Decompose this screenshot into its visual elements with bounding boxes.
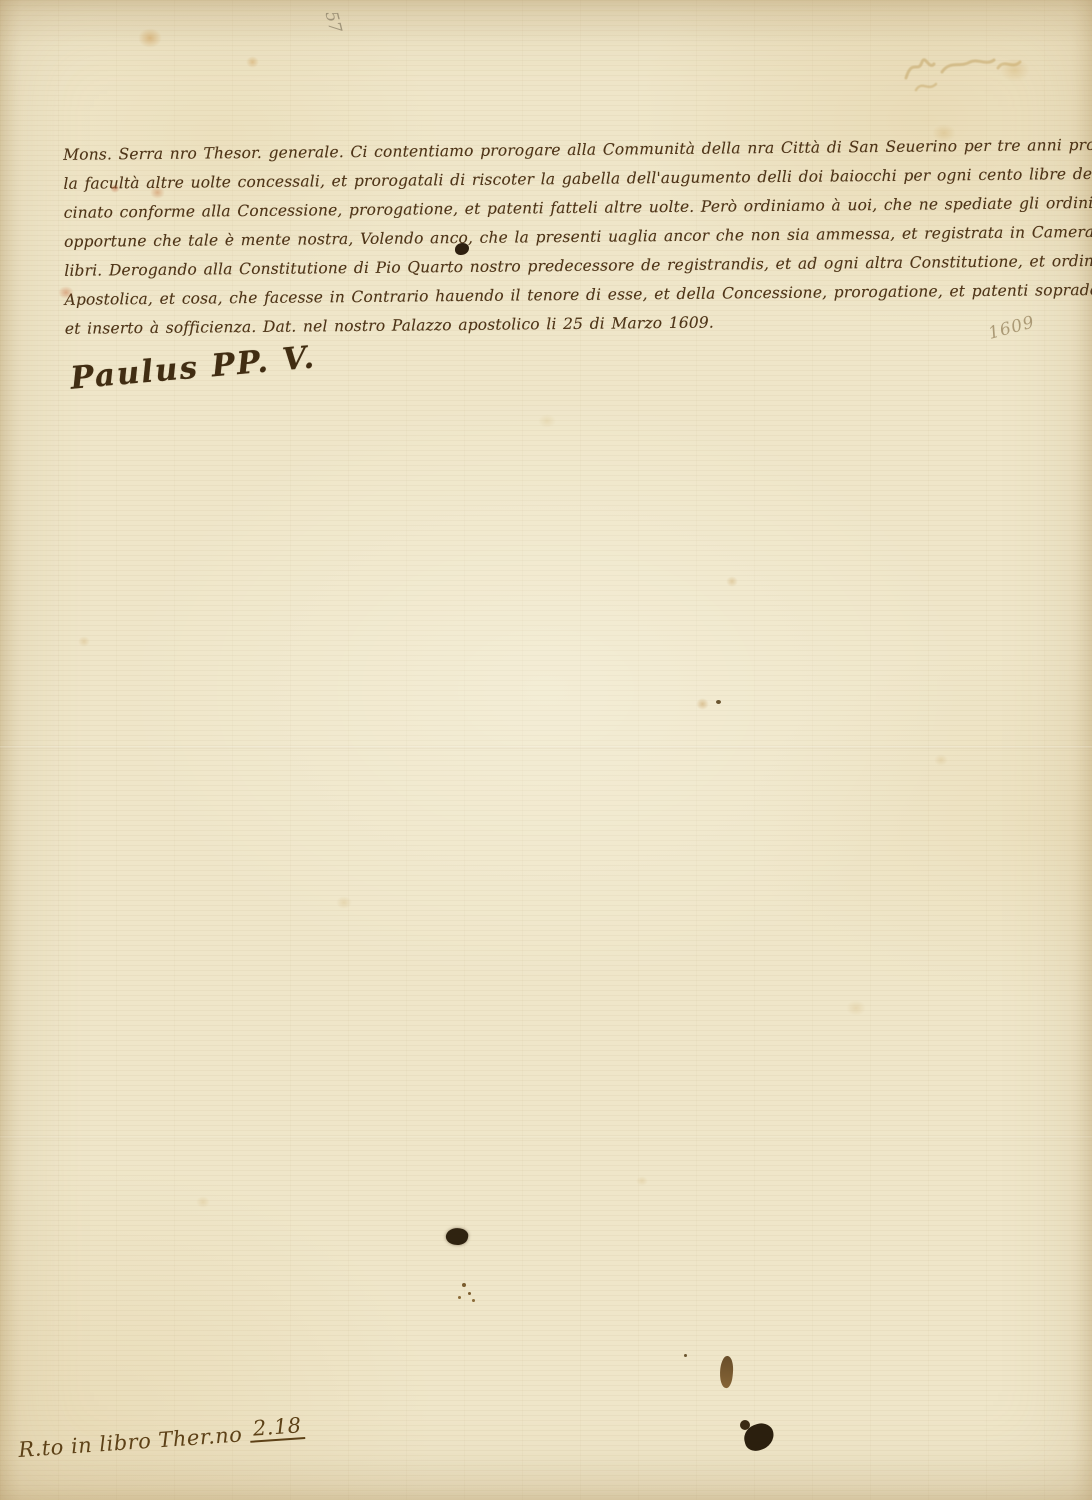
ink-blot bbox=[445, 1226, 470, 1247]
ink-speck bbox=[468, 1292, 471, 1295]
papal-signature: Paulus PP. V. bbox=[69, 339, 317, 396]
ink-speck bbox=[716, 700, 721, 704]
registration-note-text: R.to in libro Ther.no bbox=[18, 1422, 244, 1462]
ink-speck bbox=[472, 1299, 475, 1302]
foxing-spot bbox=[636, 1176, 648, 1186]
foxing-spot bbox=[196, 1196, 210, 1208]
ink-speck bbox=[458, 1296, 461, 1299]
ink-blot bbox=[718, 1355, 734, 1388]
fold-crease bbox=[0, 746, 1092, 749]
foxing-spot bbox=[336, 896, 352, 909]
registration-number: 2.18 bbox=[249, 1413, 305, 1443]
ink-speck bbox=[462, 1283, 466, 1287]
ink-speck bbox=[684, 1354, 687, 1357]
foxing-spot bbox=[246, 56, 259, 68]
foxing-spot bbox=[846, 1000, 866, 1016]
foxing-spot bbox=[538, 414, 556, 428]
ink-blot bbox=[740, 1420, 750, 1430]
foxing-spot bbox=[696, 698, 709, 710]
archival-number: 57 bbox=[320, 9, 345, 35]
foxing-spot bbox=[726, 576, 738, 587]
manuscript-page: 57 Mons. Serra nro Thesor. generale. Ci … bbox=[0, 0, 1092, 1500]
foxing-spot bbox=[78, 636, 90, 647]
faded-inscription bbox=[898, 34, 1030, 100]
ink-blot bbox=[741, 1421, 776, 1453]
foxing-spot bbox=[138, 28, 162, 48]
foxing-spot bbox=[934, 754, 948, 766]
letter-body: Mons. Serra nro Thesor. generale. Ci con… bbox=[63, 131, 1070, 344]
fold-crease bbox=[0, 1136, 1092, 1139]
registration-note: R.to in libro Ther.no2.18 bbox=[18, 1418, 306, 1462]
